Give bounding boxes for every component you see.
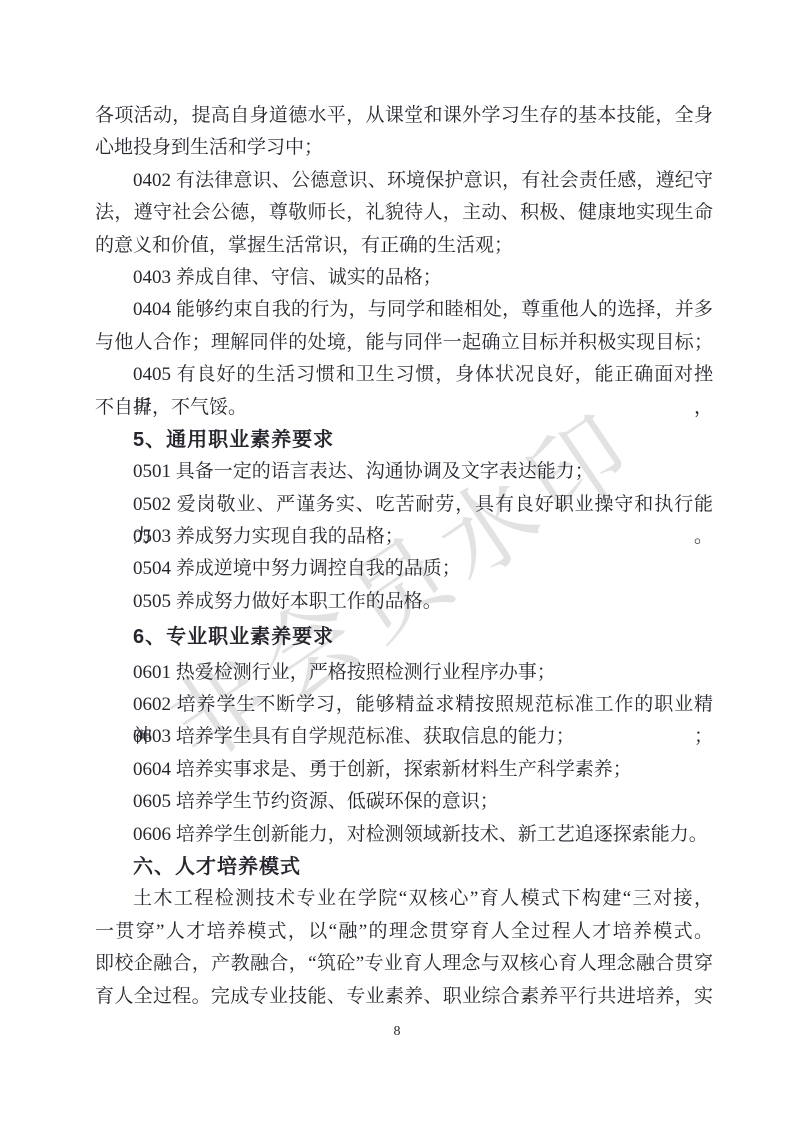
text-line: 的意义和价值，掌握生活常识，有正确的生活观；: [95, 230, 713, 262]
section-heading: 6、专业职业素养要求: [95, 621, 713, 653]
text-line: 法，遵守社会公德，尊敬师长，礼貌待人，主动、积极、健康地实现生命: [95, 197, 713, 229]
section-heading: 5、通用职业素养要求: [95, 424, 713, 456]
page-number: 8: [0, 1024, 794, 1040]
text-line: 0402 有法律意识、公德意识、环境保护意识，有社会责任感，遵纪守: [95, 165, 713, 197]
text-line: 0606 培养学生创新能力，对检测领域新技术、新工艺追逐探索能力。: [95, 819, 713, 851]
text-line: 心地投身到生活和学习中；: [95, 132, 713, 164]
text-line: 0602 培养学生不断学习，能够精益求精按照规范标准工作的职业精神；: [95, 689, 713, 721]
text-line: 一贯穿”人才培养模式，以“融”的理念贯穿育人全过程人才培养模式。: [95, 916, 713, 948]
text-line: 各项活动，提高自身道德水平，从课堂和课外学习生存的基本技能，全身: [95, 100, 713, 132]
text-line: 0604 培养实事求是、勇于创新，探索新材料生产科学素养；: [95, 754, 713, 786]
text-line: 0505 养成努力做好本职工作的品格。: [95, 586, 713, 618]
text-line: 0605 培养学生节约资源、低碳环保的意识；: [95, 786, 713, 818]
document-content: 各项活动，提高自身道德水平，从课堂和课外学习生存的基本技能，全身心地投身到生活和…: [95, 100, 713, 1013]
text-line: 土木工程检测技术专业在学院“双核心”育人模式下构建“三对接，: [95, 883, 713, 915]
text-line: 与他人合作；理解同伴的处境，能与同伴一起确立目标并积极实现目标；: [95, 327, 713, 359]
text-line: 0403 养成自律、守信、诚实的品格；: [95, 262, 713, 294]
text-line: 育人全过程。完成专业技能、专业素养、职业综合素养平行共进培养，实: [95, 981, 713, 1013]
text-line: 0504 养成逆境中努力调控自我的品质；: [95, 553, 713, 585]
text-line: 0502 爱岗敬业、严谨务实、吃苦耐劳，具有良好职业操守和执行能力。: [95, 489, 713, 521]
document-page: 非会员水印 各项活动，提高自身道德水平，从课堂和课外学习生存的基本技能，全身心地…: [0, 0, 794, 1123]
text-line: 0404 能够约束自我的行为，与同学和睦相处，尊重他人的选择，并多: [95, 294, 713, 326]
text-line: 0405 有良好的生活习惯和卫生习惯，身体状况良好，能正确面对挫折，: [95, 359, 713, 391]
section-heading: 六、人才培养模式: [95, 851, 713, 883]
text-line: 0501 具备一定的语言表达、沟通协调及文字表达能力；: [95, 456, 713, 488]
text-line: 0601 热爱检测行业，严格按照检测行业程序办事；: [95, 657, 713, 689]
text-line: 即校企融合，产教融合，“筑砼”专业育人理念与双核心育人理念融合贯穿: [95, 948, 713, 980]
